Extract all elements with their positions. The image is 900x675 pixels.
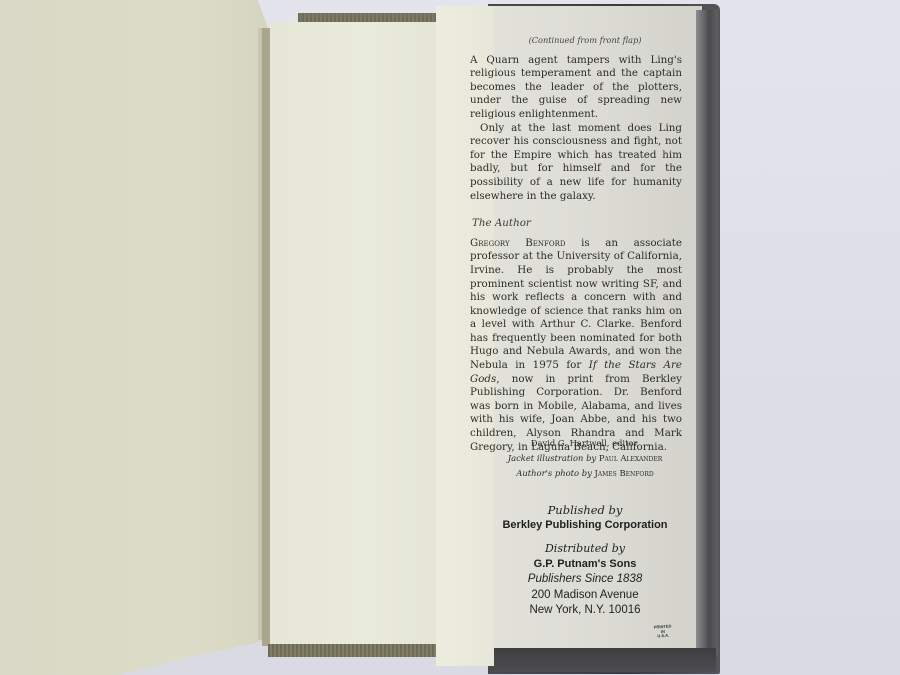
author-bio: Gregory Benford is an associate professo… <box>470 237 682 455</box>
jacket-credit: Jacket illustration by Paul Alexander <box>470 451 700 466</box>
author-heading: The Author <box>472 217 682 231</box>
distributor-name: G.P. Putnam's Sons <box>490 557 680 573</box>
author-name: Gregory Benford <box>470 237 566 249</box>
synopsis-paragraph: A Quarn agent tampers with Ling's religi… <box>470 54 682 122</box>
distributor-block: Distributed by G.P. Putnam's Sons Publis… <box>490 541 680 619</box>
jacket-edge-shadow <box>696 10 718 655</box>
left-endpaper-page <box>0 0 268 675</box>
photo-credit: Author's photo by James Benford <box>470 466 700 481</box>
distributed-by-label: Distributed by <box>490 541 680 557</box>
editor-credit: David G. Hartwell, editor. <box>470 436 700 451</box>
continued-note: (Continued from front flap) <box>470 34 682 48</box>
flap-body: (Continued from front flap) A Quarn agen… <box>470 34 682 454</box>
printed-in-usa-stamp: PRINTED IN U.S.A. <box>652 624 675 640</box>
published-by-label: Published by <box>470 503 700 518</box>
distributor-city: New York, N.Y. 10016 <box>490 603 680 619</box>
distributor-since: Publishers Since 1838 <box>490 572 680 588</box>
synopsis-paragraph: Only at the last moment does Ling recove… <box>470 122 682 204</box>
publisher-block: Published by Berkley Publishing Corporat… <box>470 503 700 532</box>
jacket-bottom-edge <box>494 648 716 672</box>
credits: David G. Hartwell, editor. Jacket illust… <box>470 436 700 481</box>
distributor-address: 200 Madison Avenue <box>490 588 680 604</box>
publisher-name: Berkley Publishing Corporation <box>470 518 700 532</box>
book-photo: (Continued from front flap) A Quarn agen… <box>0 0 900 675</box>
spine-edge <box>262 28 270 646</box>
